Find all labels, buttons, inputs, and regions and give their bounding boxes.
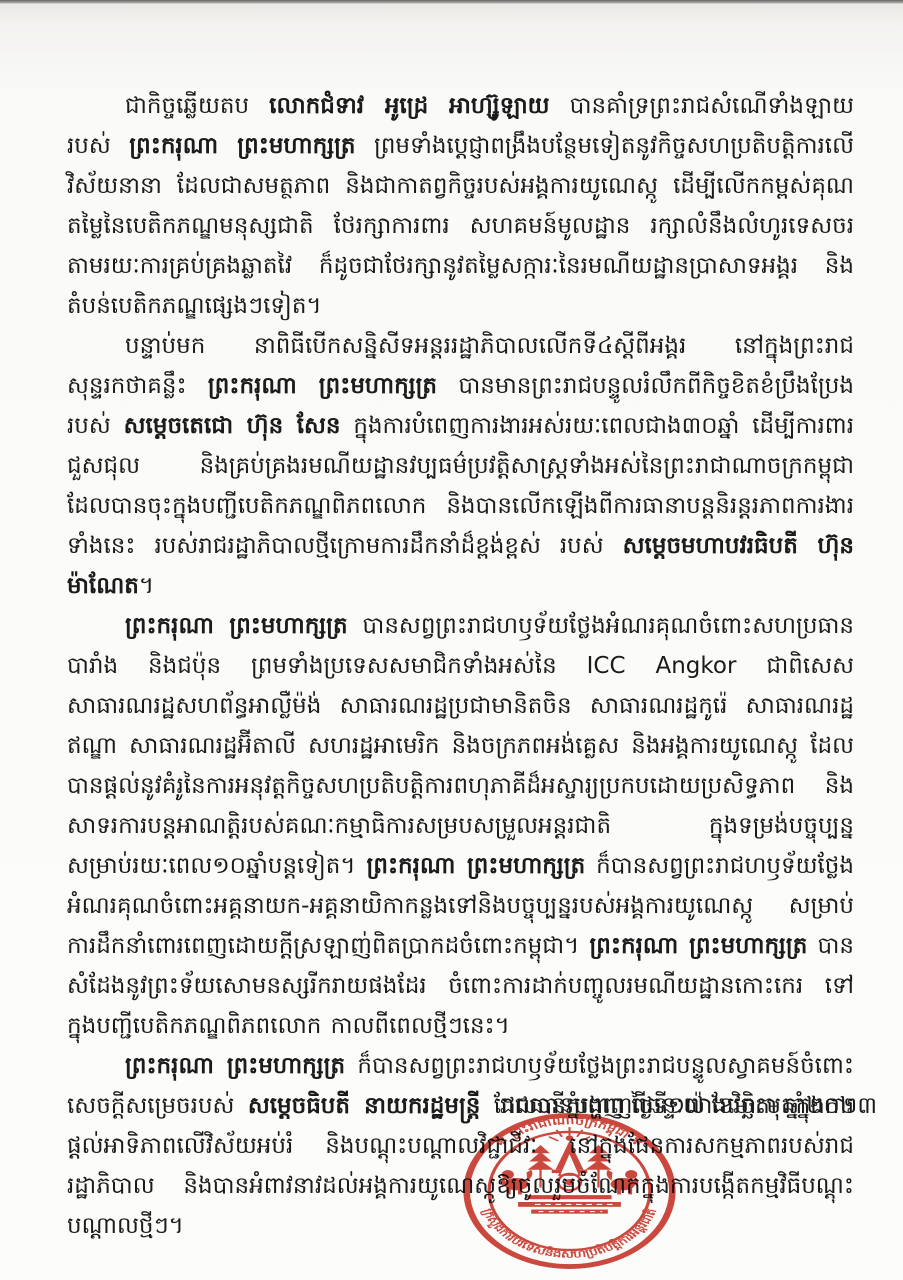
honorific-bold-text: ព្រះករុណា ព្រះមហាក្សត្រ <box>208 373 437 399</box>
paragraph-2: បន្ទាប់មក នាពិធីបើកសន្និសីទអន្តររដ្ឋាភិប… <box>67 326 854 606</box>
honorific-bold-text: ព្រះករុណា ព្រះមហាក្សត្រ <box>125 1053 345 1079</box>
honorific-bold-text: ព្រះករុណា ព្រះមហាក្សត្រ <box>129 133 355 159</box>
honorific-bold-text: សម្តេចធិបតី នាយករដ្ឋមន្ត្រី <box>248 1093 481 1119</box>
dateline: រាជធានីភ្នំពេញ ថ្ងៃទី១៧ ខែវិច្ឆិកា ឆ្នាំ… <box>500 1087 877 1125</box>
honorific-bold-text: លោកជំទាវ អូដ្រេ អាហ្ស៊ូឡាយ <box>269 93 549 119</box>
body-text-run: ។ <box>139 573 154 599</box>
official-seal: ✽ ព្រះរាជាណាចក្រកម្ពុជា ✽ ក្រសួងការបរទេស… <box>462 1112 677 1270</box>
body-text-run: បានសព្វព្រះរាជហឫទ័យថ្លែងអំណរគុណចំពោះសហប្… <box>67 613 854 879</box>
document-body: ជាកិច្ចឆ្លើយតប លោកជំទាវ អូដ្រេ អាហ្ស៊ូឡា… <box>67 86 854 1246</box>
paragraph-3: ព្រះករុណា ព្រះមហាក្សត្រ បានសព្វព្រះរាជហឫ… <box>67 606 854 1046</box>
honorific-bold-text: សម្តេចតេជោ ហ៊ុន សែន <box>124 413 341 439</box>
paragraph-1: ជាកិច្ចឆ្លើយតប លោកជំទាវ អូដ្រេ អាហ្ស៊ូឡា… <box>67 86 854 326</box>
honorific-bold-text: ព្រះករុណា ព្រះមហាក្សត្រ <box>367 853 586 879</box>
honorific-bold-text: ព្រះករុណា ព្រះមហាក្សត្រ <box>589 933 807 959</box>
scan-edge-artifact <box>0 0 903 4</box>
body-text-run: ជាកិច្ចឆ្លើយតប <box>125 93 269 119</box>
honorific-bold-text: ព្រះករុណា ព្រះមហាក្សត្រ <box>125 613 348 639</box>
body-text-run: ព្រមទាំងប្តេជ្ញាពង្រឹងបន្ថែមទៀតនូវកិច្ចស… <box>67 133 854 319</box>
paragraph-4: ព្រះករុណា ព្រះមហាក្សត្រ ក៏បានសព្វព្រះរាជ… <box>67 1046 854 1246</box>
document-page: ជាកិច្ចឆ្លើយតប លោកជំទាវ អូដ្រេ អាហ្ស៊ូឡា… <box>0 0 903 1280</box>
royal-arms-emblem <box>501 1127 639 1214</box>
